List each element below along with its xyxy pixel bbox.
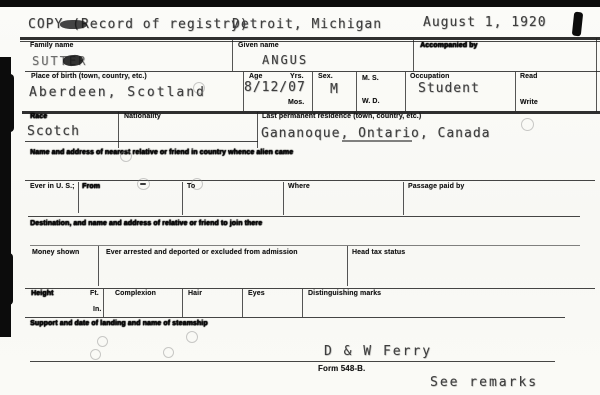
form-border [596, 38, 597, 112]
form-number-label: Form 548-B. [318, 364, 365, 373]
ever-in-us-label: Ever in U. S.; [30, 183, 75, 190]
place-of-birth-value: Aberdeen, Scotland [29, 85, 206, 100]
form-border [515, 72, 516, 111]
stain-mark [120, 150, 132, 162]
given-name-value: ANGUS [262, 53, 308, 67]
form-border [243, 72, 244, 111]
stain-mark [90, 349, 101, 360]
race-label: Race [30, 113, 47, 120]
form-border [312, 72, 313, 111]
stain-mark [521, 118, 534, 131]
race-value: Scotch [27, 124, 80, 139]
accompanied-by-label: Accompanied by [420, 42, 477, 49]
where-label: Where [288, 183, 310, 190]
form-border [413, 40, 414, 71]
nationality-label: Nationality [124, 113, 161, 120]
eyes-label: Eyes [248, 290, 265, 297]
form-border [347, 246, 348, 286]
form-border [28, 216, 580, 217]
form-border [232, 40, 233, 71]
scan-smudge-right [572, 12, 583, 37]
form-border [405, 72, 406, 111]
sex-label: Sex. [318, 73, 333, 80]
support-label: Support and date of landing and name of … [30, 320, 208, 327]
header-date: August 1, 1920 [423, 15, 547, 30]
form-border [78, 182, 79, 213]
stain-mark [97, 336, 108, 347]
scan-edge-left-bump [0, 74, 14, 132]
age-label: Age [249, 73, 263, 80]
header-location: Detroit, Michigan [232, 17, 382, 32]
occupation-value: Student [418, 81, 480, 96]
distinguishing-marks-label: Distinguishing marks [308, 290, 381, 297]
nearest-relative-label: Name and address of nearest relative or … [30, 149, 293, 156]
form-border [118, 112, 119, 148]
money-shown-label: Money shown [32, 249, 79, 256]
stain-mark [137, 178, 150, 190]
form-border [302, 289, 303, 317]
form-border [25, 288, 595, 289]
form-border [182, 182, 183, 215]
footer-rule [30, 361, 555, 362]
given-name-label: Given name [238, 42, 279, 49]
arrested-label: Ever arrested and deported or excluded f… [106, 249, 298, 256]
form-border [25, 317, 565, 318]
marital-wd-label: W. D. [362, 98, 380, 105]
crossing-value: D & W Ferry [324, 344, 432, 359]
age-yrs-label: Yrs. [290, 73, 304, 80]
stain-mark [186, 331, 198, 343]
write-label: Write [520, 99, 538, 106]
passage-paid-by-label: Passage paid by [408, 183, 464, 190]
read-label: Read [520, 73, 538, 80]
typed-underline [342, 140, 412, 142]
last-residence-value: Gananoque, Ontario, Canada [261, 126, 491, 141]
height-in-label: In. [93, 306, 101, 313]
sex-value: M [330, 82, 339, 97]
family-name-label: Family name [30, 42, 74, 49]
head-tax-label: Head tax status [352, 249, 405, 256]
remarks-note: See remarks [430, 375, 538, 390]
height-label: Height [31, 290, 53, 297]
stain-mark [163, 347, 174, 358]
from-label: From [82, 183, 100, 190]
form-border [257, 112, 258, 148]
age-value: 8/12/07 [244, 80, 306, 95]
form-border [403, 182, 404, 215]
scan-edge-top [0, 0, 600, 7]
form-border [356, 72, 357, 111]
form-border [20, 41, 600, 42]
form-border [283, 182, 284, 215]
scan-edge-left-bump [0, 253, 13, 305]
height-ft-label: Ft. [90, 290, 99, 297]
hair-label: Hair [188, 290, 202, 297]
form-border [30, 245, 580, 246]
form-border [20, 37, 600, 40]
place-of-birth-label: Place of birth (town, country, etc.) [31, 73, 147, 80]
occupation-label: Occupation [410, 73, 450, 80]
registry-record-scan: COPY (Record of registry) Detroit, Michi… [0, 0, 600, 395]
age-mos-label: Mos. [288, 99, 304, 106]
complexion-label: Complexion [115, 290, 156, 297]
destination-label: Destination, and name and address of rel… [30, 220, 262, 227]
form-border [25, 141, 258, 142]
overstrike-smudge [60, 20, 87, 29]
form-border [25, 180, 595, 181]
stain-mark [191, 178, 203, 190]
form-border [242, 289, 243, 317]
stain-mark [193, 82, 205, 94]
form-border [98, 246, 99, 286]
form-border [103, 289, 104, 317]
marital-ms-label: M. S. [362, 75, 379, 82]
last-residence-label: Last permanent residence (town, country,… [262, 113, 421, 120]
form-border [182, 289, 183, 317]
stain-mark [140, 183, 146, 185]
